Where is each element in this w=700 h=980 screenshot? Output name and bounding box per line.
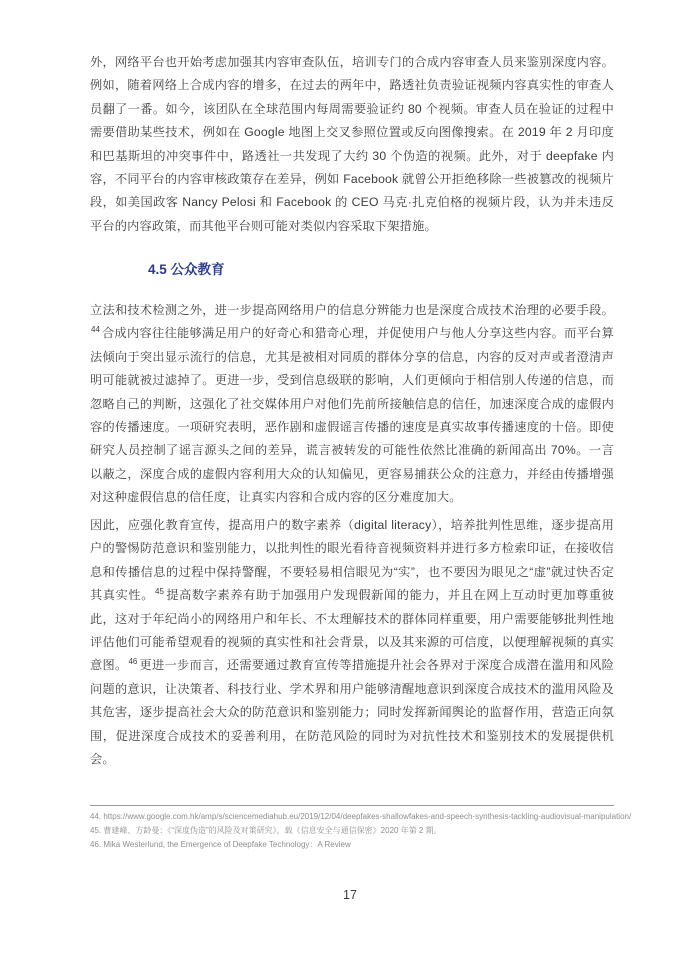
paragraph-education-publicity: 因此，应强化教育宣传，提高用户的数字素养（digital literacy），培…: [90, 514, 614, 771]
footnote-ref-44: 44: [91, 325, 100, 334]
footnote-ref-46: 46: [128, 657, 137, 666]
footnote-45: 45. 曹建峰、方龄曼：《“深度伪造”的风险及对策研究》，载《信息安全与通信保密…: [90, 824, 650, 838]
section-heading-4-5: 4.5 公众教育: [148, 260, 225, 280]
paragraph-text: 更进一步而言，还需要通过教育宣传等措施提升社会各界对于深度合成潜在滥用和风险问题…: [90, 658, 614, 766]
paragraph-text: 立法和技术检测之外，进一步提高网络用户的信息分辨能力也是深度合成技术治理的必要手…: [90, 303, 614, 317]
footnote-ref-45: 45: [155, 587, 164, 596]
footnotes-block: 44. https://www.google.com.hk/amp/s/scie…: [90, 810, 650, 852]
paragraph-information-literacy: 立法和技术检测之外，进一步提高网络用户的信息分辨能力也是深度合成技术治理的必要手…: [90, 299, 614, 510]
footnote-46: 46. Mika Westerlund, the Emergence of De…: [90, 838, 650, 852]
paragraph-platform-review: 外，网络平台也开始考虑加强其内容审查队伍，培训专门的合成内容审查人员来鉴别深度内…: [90, 51, 614, 238]
paragraph-text: 合成内容往往能够满足用户的好奇心和猎奇心理，并促使用户与他人分享这些内容。而平台…: [90, 326, 614, 504]
footnote-divider: [90, 805, 614, 806]
document-page: 外，网络平台也开始考虑加强其内容审查队伍，培训专门的合成内容审查人员来鉴别深度内…: [0, 0, 700, 980]
footnote-44: 44. https://www.google.com.hk/amp/s/scie…: [90, 810, 650, 824]
page-number: 17: [0, 888, 700, 902]
paragraph-text: 外，网络平台也开始考虑加强其内容审查队伍，培训专门的合成内容审查人员来鉴别深度内…: [90, 55, 614, 233]
